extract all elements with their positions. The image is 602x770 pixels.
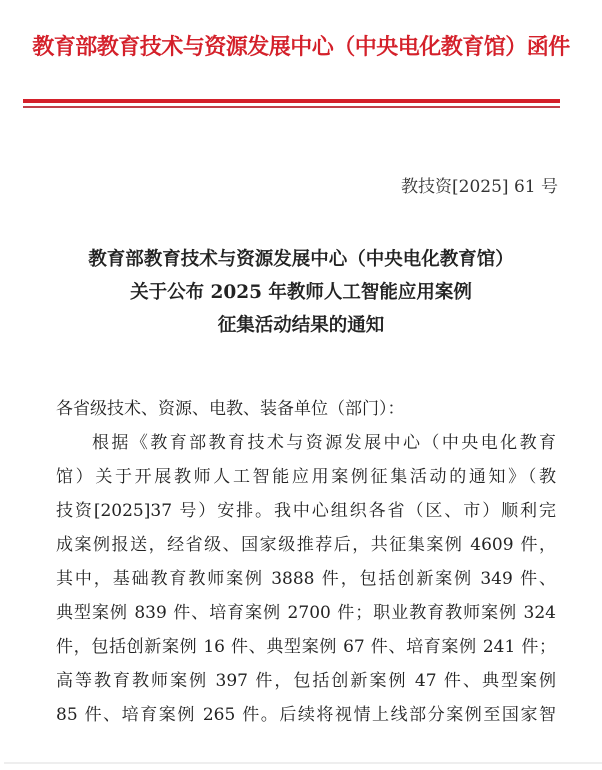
paragraph-line: 85 件、培育案例 265 件。后续将视情上线部分案例至国家智 bbox=[56, 698, 556, 732]
paragraph-line: 件，包括创新案例 16 件、典型案例 67 件、培育案例 241 件； bbox=[56, 630, 556, 664]
paragraph-line: 根据《教育部教育技术与资源发展中心（中央电化教育 bbox=[56, 426, 556, 460]
title-line-1: 教育部教育技术与资源发展中心（中央电化教育馆） bbox=[0, 243, 602, 276]
document-number: 教技资[2025] 61 号 bbox=[401, 172, 558, 197]
paragraph-line: 技资[2025]37 号）安排。我中心组织各省（区、市）顺利完 bbox=[56, 494, 556, 528]
title-line-3: 征集活动结果的通知 bbox=[0, 309, 602, 342]
paragraph-line: 高等教育教师案例 397 件，包括创新案例 47 件、典型案例 bbox=[56, 664, 556, 698]
letterhead-thick-rule bbox=[23, 99, 560, 103]
letterhead-title: 教育部教育技术与资源发展中心（中央电化教育馆）函件 bbox=[24, 32, 578, 64]
notice-title: 教育部教育技术与资源发展中心（中央电化教育馆） 关于公布 2025 年教师人工智… bbox=[0, 243, 602, 342]
page-bottom-divider bbox=[4, 762, 602, 764]
letterhead-thin-rule bbox=[23, 106, 560, 108]
paragraph-line: 成案例报送，经省级、国家级推荐后，共征集案例 4609 件， bbox=[56, 528, 556, 562]
notice-body: 各省级技术、资源、电教、装备单位（部门）： 根据《教育部教育技术与资源发展中心（… bbox=[56, 392, 556, 732]
title-line-2: 关于公布 2025 年教师人工智能应用案例 bbox=[0, 276, 602, 309]
paragraph-line: 其中，基础教育教师案例 3888 件，包括创新案例 349 件、 bbox=[56, 562, 556, 596]
salutation: 各省级技术、资源、电教、装备单位（部门）： bbox=[56, 392, 556, 426]
paragraph-line: 典型案例 839 件、培育案例 2700 件；职业教育教师案例 324 bbox=[56, 596, 556, 630]
paragraph-line: 馆）关于开展教师人工智能应用案例征集活动的通知》（教 bbox=[56, 460, 556, 494]
